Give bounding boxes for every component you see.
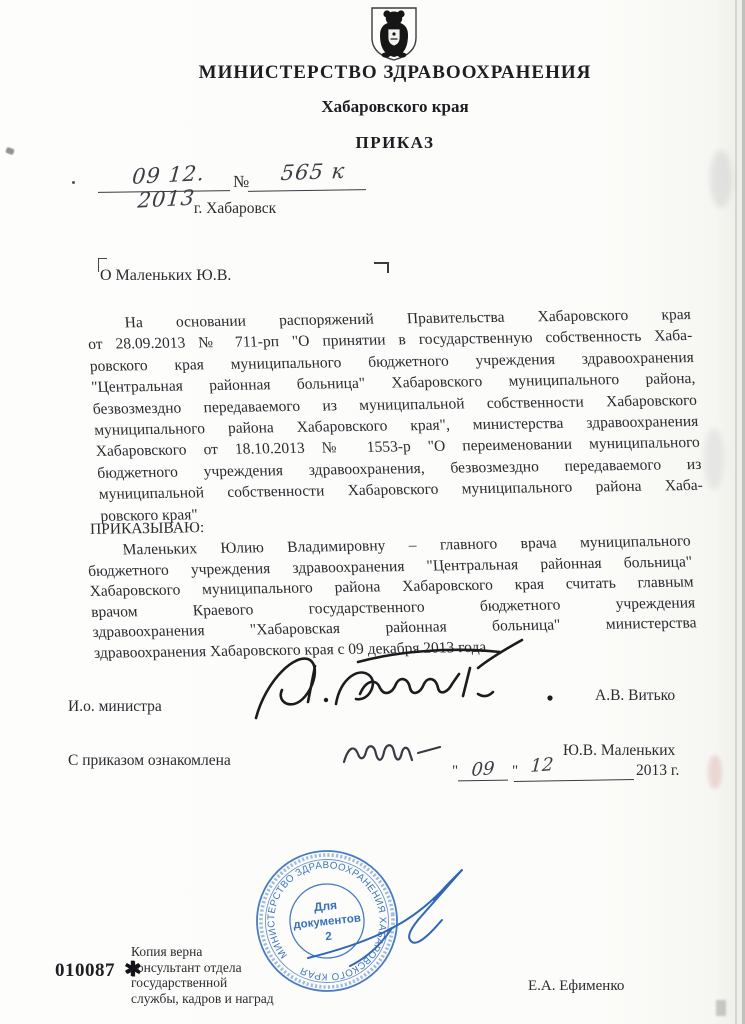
scan-artifact [716,1000,726,1016]
minister-name: А.В. Витько [595,687,675,705]
ink-blot: ✱ [124,957,142,981]
form-code: 010087 [55,960,115,982]
khabarovsk-krai-bear-emblem-icon [367,5,421,63]
corner-mark-right [374,262,389,273]
scan-artifact [704,428,724,490]
month-underline [514,779,634,782]
order-word: ПРИКАЗЫВАЮ: [90,519,205,539]
quote-mark: " [512,763,518,780]
ink-dot [72,181,75,184]
attestation-line: консультант отдела [131,960,371,976]
page-edge-line [735,0,737,1024]
acknowledged-name: Ю.В. Маленьких [563,742,675,760]
order-number-handwritten: 565 к [257,158,369,186]
attestation-name: Е.А. Ефименко [528,978,624,995]
attestation-line: государственной [131,975,371,991]
copy-attestation: Копия вернаконсультант отделагосударстве… [131,944,371,1006]
scan-artifact [710,150,732,208]
quote-mark: " [452,763,458,780]
number-sign: № [233,172,249,192]
city-label: г. Хабаровск [160,200,310,218]
subject-line: О Маленьких Ю.В. [100,267,231,285]
scanned-order-document: МИНИСТЕРСТВО ЗДРАВООХРАНЕНИЯ Хабаровског… [0,0,745,1024]
ministry-title: МИНИСТЕРСТВО ЗДРАВООХРАНЕНИЯ [45,62,745,84]
acknowledgement-label: С приказом ознакомлена [68,752,231,770]
ack-year-label: 2013 г. [636,762,679,780]
number-underline [248,189,366,192]
ack-day-handwritten: 09 [460,757,505,781]
attestation-line: службы, кадров и наград [131,991,371,1007]
ministry-region: Хабаровского края [45,97,745,117]
acknowledgement-signature [336,722,456,772]
day-underline [458,780,508,782]
scan-artifact [5,147,15,155]
order-basis-paragraph: На основании распоряжений Правительства … [86,304,705,527]
document-type-title: ПРИКАЗ [45,133,745,153]
attestation-line: Копия верна [131,944,371,960]
minister-role-label: И.о. министра [68,698,162,716]
scan-artifact [708,755,722,789]
ack-month-handwritten: 12 [521,754,562,778]
